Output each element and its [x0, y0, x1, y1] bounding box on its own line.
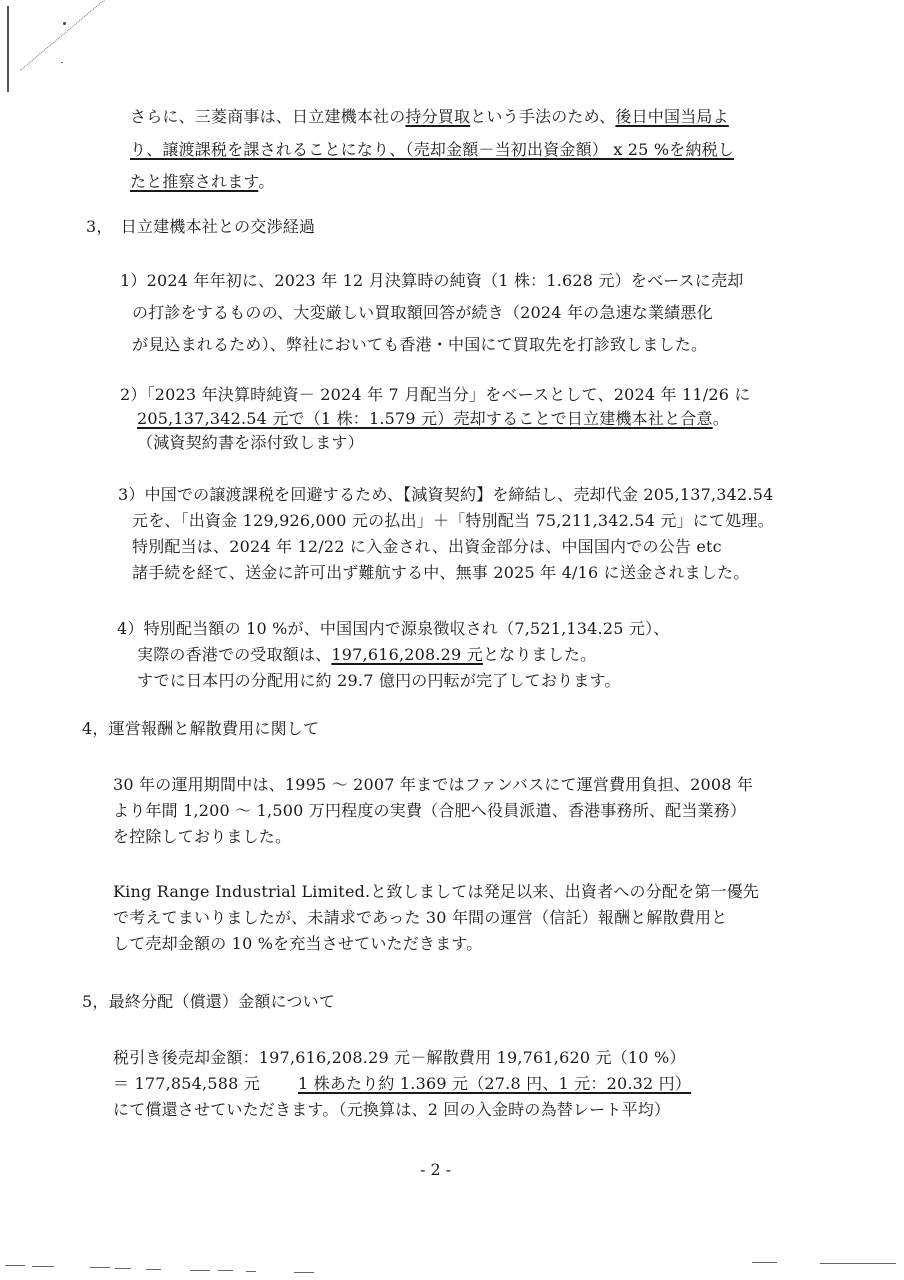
section-5-underline-per-share: 1 株あたり約 1.369 元（27.8 円、1 元：20.32 円） — [298, 1074, 691, 1093]
scan-diagonal-mark — [20, 0, 136, 71]
page-number: - 2 - — [420, 1160, 451, 1179]
scan-dash — [246, 1271, 256, 1272]
section-5-line-3: にて償還させていただきます。（元換算は、2 回の入金時の為替レート平均） — [113, 1099, 670, 1121]
intro-text: さらに、三菱商事は、日立建機本社の — [130, 107, 405, 126]
scan-dash — [218, 1270, 233, 1271]
scan-dash — [146, 1269, 161, 1270]
scan-dash — [115, 1268, 131, 1269]
section-4-para-2-line-2: で考えてまいりましたが、未請求であった 30 年間の運営（信託）報酬と解散費用と — [113, 907, 727, 929]
scan-dash — [190, 1270, 210, 1271]
item-2-period: 。 — [713, 409, 729, 428]
scan-margin-line — [7, 6, 9, 92]
item-3-line-2: 元を、「出資金 129,926,000 元の払出」＋「特別配当 75,211,3… — [132, 510, 774, 532]
intro-underline-end: たと推察されます — [130, 172, 258, 191]
scan-dash — [5, 1265, 25, 1266]
item-4-line-2: 実際の香港での受取額は、197,616,208.29 元となりました。 — [137, 644, 596, 666]
item-1-line-1: 1）2024 年年初に、2023 年 12 月決算時の純資（1 株：1.628 … — [120, 270, 743, 292]
section-4-para-1-line-2: より年間 1,200 ～ 1,500 万円程度の実費（合肥へ役員派遣、香港事務所… — [113, 800, 746, 822]
intro-period: 。 — [258, 172, 274, 191]
section-5-total: ＝ 177,854,588 元 — [113, 1074, 260, 1093]
section-4-heading: 4，運営報酬と解散費用に関して — [82, 718, 319, 740]
item-1-line-3: が見込まれるため）、弊社においても香港・中国にて買取先を打診致しました。 — [132, 334, 707, 356]
scan-dash — [752, 1262, 777, 1263]
section-5-heading: 5，最終分配（償還）金額について — [82, 991, 335, 1013]
scan-speck — [61, 62, 63, 63]
item-4-text: となりました。 — [483, 645, 596, 664]
item-2-line-2: 205,137,342.54 元で（1 株：1.579 元）売却することで日立建… — [137, 408, 729, 430]
item-3-line-1: 3）中国での譲渡課税を回避するため、【減資契約】を締結し、売却代金 205,13… — [118, 484, 773, 506]
item-3-line-4: 諸手続を経て、送金に許可出ず難航する中、無事 2025 年 4/16 に送金され… — [132, 562, 749, 584]
intro-line-1: さらに、三菱商事は、日立建機本社の持分買取という手法のため、後日中国当局よ — [130, 106, 729, 128]
intro-text: という手法のため、 — [470, 107, 615, 126]
section-4-para-1-line-1: 30 年の運用期間中は、1995 ～ 2007 年まではファンバスにて運営費用負… — [113, 774, 753, 796]
item-2-underline-agreement: 205,137,342.54 元で（1 株：1.579 元）売却することで日立建… — [137, 409, 713, 428]
section-5-line-2: ＝ 177,854,588 元1 株あたり約 1.369 元（27.8 円、1 … — [113, 1073, 691, 1095]
item-2-line-3: （減資契約書を添付致します） — [137, 432, 364, 454]
item-4-line-3: すでに日本円の分配用に約 29.7 億円の円転が完了しております。 — [137, 670, 621, 692]
scan-dash — [820, 1263, 896, 1264]
scan-dash — [294, 1272, 314, 1273]
item-4-text: 実際の香港での受取額は、 — [137, 645, 331, 664]
intro-underline-equity-buyout: 持分買取 — [405, 107, 470, 126]
intro-line-2: り、譲渡課税を課されることになり、（売却金額－当初出資金額） x 25 %を納税… — [130, 139, 734, 161]
item-1-line-2: の打診をするものの、大変厳しい買取額回答が続き（2024 年の急速な業績悪化 — [132, 302, 713, 324]
intro-line-3: たと推察されます。 — [130, 171, 275, 193]
scan-dash — [90, 1267, 110, 1268]
section-3-heading: 3， 日立建機本社との交渉経過 — [86, 216, 315, 238]
document-page: さらに、三菱商事は、日立建機本社の持分買取という手法のため、後日中国当局よ り、… — [0, 0, 904, 1280]
section-5-line-1: 税引き後売却金額：197,616,208.29 元－解散費用 19,761,62… — [113, 1047, 686, 1069]
scan-dash — [32, 1266, 54, 1267]
intro-underline-later: 後日中国当局よ — [615, 107, 728, 126]
item-2-line-1: 2）「2023 年決算時純資－ 2024 年 7 月配当分」をベースとして、20… — [120, 384, 751, 406]
section-4-para-2-line-1: King Range Industrial Limited.と致しましては発足以… — [113, 881, 759, 903]
item-4-line-1: 4）特別配当額の 10 %が、中国国内で源泉徴収され（7,521,134.25 … — [117, 618, 669, 640]
scan-speck — [63, 22, 66, 25]
section-4-para-1-line-3: を控除しておりました。 — [113, 826, 291, 848]
item-3-line-3: 特別配当は、2024 年 12/22 に入金され、出資金部分は、中国国内での公告… — [132, 536, 722, 558]
item-4-underline-received-amount: 197,616,208.29 元 — [331, 645, 483, 664]
section-4-para-2-line-3: して売却金額の 10 %を充当させていただきます。 — [113, 933, 482, 955]
